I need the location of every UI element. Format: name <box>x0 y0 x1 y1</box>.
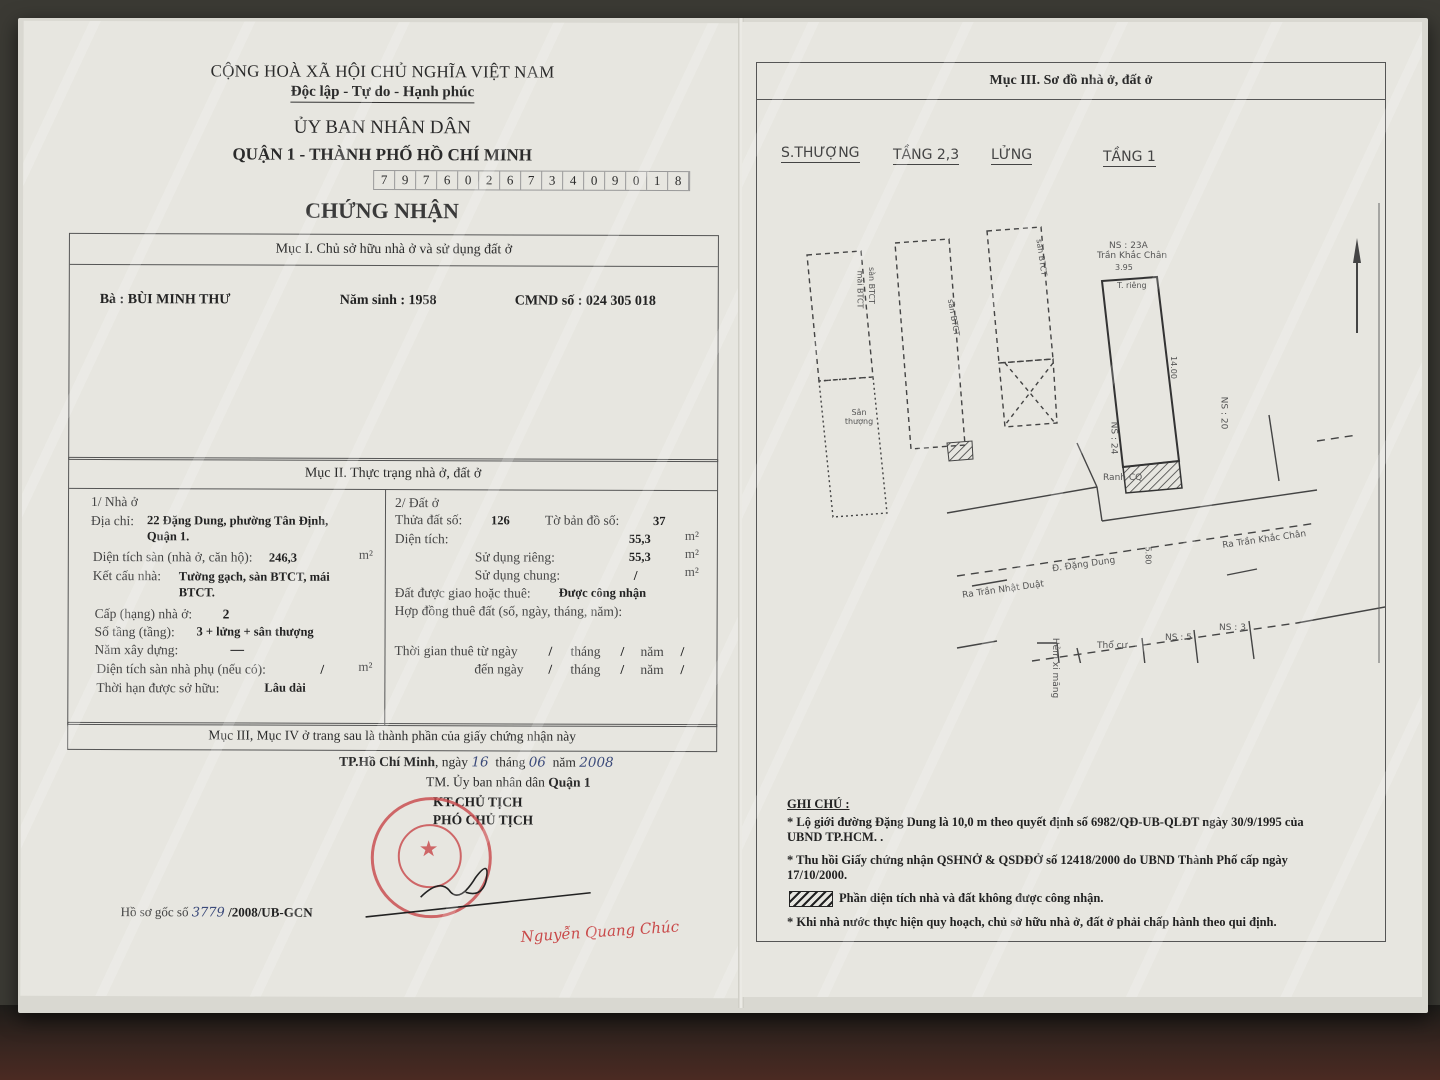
on-behalf-district: Quận 1 <box>548 775 590 790</box>
lease-to-label: đến ngày <box>474 661 523 677</box>
site-plan <box>757 203 1385 663</box>
month-label: tháng <box>570 644 600 660</box>
unit-m2: m² <box>685 546 699 562</box>
label-rooftop-terrace: Sân thượng <box>839 408 879 426</box>
lease-to-year: / <box>680 662 684 678</box>
record-suffix: /2008/UB-GCN <box>228 904 313 919</box>
motto: Độc lập - Tự do - Hạnh phúc <box>23 83 741 103</box>
section-3-box: Mục III. Sơ đồ nhà ở, đất ở S.THƯỢNG TẦN… <box>756 62 1386 942</box>
serial-digit: 6 <box>500 171 521 189</box>
floor-label-ground: TẦNG 1 <box>1103 149 1156 167</box>
certificate-title: CHỨNG NHẬN <box>23 197 741 226</box>
on-behalf: TM. Ủy ban nhân dân Quận 1 <box>426 774 591 791</box>
serial-digit: 1 <box>647 172 668 190</box>
year-label: năm <box>640 644 663 660</box>
record-number: Hồ sơ gốc số 3779 /2008/UB-GCN <box>121 904 313 921</box>
aux-area-value: / <box>320 662 324 678</box>
year-label: năm <box>553 755 576 770</box>
aux-area-label: Diện tích sàn nhà phụ (nếu có): <box>96 661 266 678</box>
note-1: * Lộ giới đường Đặng Dung là 10,0 m theo… <box>787 815 1327 845</box>
owner-name: Bà : BÙI MINH THƯ <box>100 292 231 308</box>
serial-digit: 9 <box>605 172 626 190</box>
map-sheet-label: Tờ bản đồ số: <box>545 513 619 529</box>
land-area-label: Diện tích: <box>395 531 449 547</box>
build-year-label: Năm xây dựng: <box>94 642 178 658</box>
serial-digit: 7 <box>374 171 395 189</box>
signing-day: 16 <box>471 754 488 770</box>
day-label: , ngày <box>435 754 468 769</box>
motto-text: Độc lập - Tự do - Hạnh phúc <box>291 84 474 104</box>
land-heading: 2/ Đất ở <box>395 495 439 511</box>
signing-month: 06 <box>529 755 546 771</box>
label-neighbor-back-street: Trần Khắc Chân <box>1097 251 1167 261</box>
parcel-label: Thửa đất số: <box>395 512 462 528</box>
certificate-left-page: CỘNG HOÀ XÃ HỘI CHỦ NGHĨA VIỆT NAM Độc l… <box>20 21 741 999</box>
lease-contract-label: Hợp đồng thuê đất (số, ngày, tháng, năm)… <box>395 603 623 620</box>
structure-label: Kết cấu nhà: <box>93 568 161 584</box>
dim-length: 14.00 <box>1169 356 1178 379</box>
land-area-value: 55,3 <box>629 532 651 547</box>
serial-digit: 9 <box>395 171 416 189</box>
section-1-box: Mục I. Chủ sở hữu nhà ở và sử dụng đất ở… <box>68 233 719 462</box>
lease-from-month: / <box>620 644 624 660</box>
signing-place: TP.Hồ Chí Minh <box>339 754 435 769</box>
allocation-value: Được công nhận <box>559 586 646 601</box>
label-drain: Ranh CQ <box>1103 473 1142 483</box>
signing-date: TP.Hồ Chí Minh, ngày 16 tháng 06 năm 200… <box>339 754 614 771</box>
signing-year: 2008 <box>579 755 613 771</box>
unit-m2: m² <box>359 547 373 563</box>
country-header: CỘNG HOÀ XÃ HỘI CHỦ NGHĨA VIỆT NAM <box>23 61 741 84</box>
floors-value: 3 + lửng + sân thượng <box>197 624 314 639</box>
label-rooftop-slab: sàn BTCT <box>867 267 876 304</box>
ownership-term-value: Lâu dài <box>264 681 305 696</box>
notes-title: GHI CHÚ : <box>787 797 1327 812</box>
id-number: CMND số : 024 305 018 <box>515 293 656 309</box>
floor-area-value: 246,3 <box>269 551 297 566</box>
label-ns3: NS : 3 <box>1219 623 1246 633</box>
section-1-title: Mục I. Chủ sở hữu nhà ở và sử dụng đất ở <box>70 241 718 259</box>
private-use-value: 55,3 <box>629 550 651 565</box>
note-4: * Khi nhà nước thực hiện quy hoạch, chủ … <box>787 915 1327 930</box>
legend-hatch <box>789 891 833 907</box>
lease-from-year: / <box>680 644 684 660</box>
serial-digit: 0 <box>626 172 647 190</box>
note-2: * Thu hồi Giấy chứng nhận QSHNỞ & QSDĐỞ … <box>787 853 1327 883</box>
floor-area-label: Diện tích sàn (nhà ở, căn hộ): <box>93 549 253 566</box>
record-label: Hồ sơ gốc số <box>121 904 189 919</box>
serial-digit: 0 <box>458 171 479 189</box>
serial-digit: 8 <box>668 172 689 190</box>
label-wall-private: T. riêng <box>1117 281 1147 290</box>
lease-from-label: Thời gian thuê từ ngày <box>394 643 517 659</box>
shared-use-value: / <box>634 568 638 584</box>
serial-digit: 7 <box>416 171 437 189</box>
serial-digit: 3 <box>542 172 563 190</box>
label-lot-opposite: Thổ cư <box>1097 641 1127 651</box>
footer-note: Mục III, Mục IV ở trang sau là thành phầ… <box>68 727 716 745</box>
private-use-label: Sử dụng riêng: <box>475 549 555 565</box>
floors-label: Số tầng (tầng): <box>95 624 175 640</box>
floor-label-2-3: TẦNG 2,3 <box>893 147 959 165</box>
table-surface <box>0 1005 1440 1080</box>
month-label: tháng <box>570 662 600 678</box>
parcel-value: 126 <box>491 513 510 528</box>
serial-digit: 2 <box>479 171 500 189</box>
section-2-title: Mục II. Thực trạng nhà ở, đất ở <box>69 465 717 483</box>
grade-value: 2 <box>223 606 230 622</box>
section-2-box: Mục II. Thực trạng nhà ở, đất ở 1/ Nhà ở… <box>67 457 718 727</box>
signature <box>361 852 601 923</box>
label-neighbor-left: NS : 24 <box>1108 422 1118 455</box>
serial-digit: 4 <box>563 172 584 190</box>
birth-year: Năm sinh : 1958 <box>340 293 437 309</box>
structure-line2: BTCT. <box>179 585 215 600</box>
unit-m2: m² <box>685 528 699 544</box>
address-line2: Quận 1. <box>147 529 189 544</box>
certificate-right-page: Mục III. Sơ đồ nhà ở, đất ở S.THƯỢNG TẦN… <box>742 22 1422 997</box>
dim-width: 3.95 <box>1115 263 1133 272</box>
label-neighbor-right: NS : 20 <box>1218 397 1228 430</box>
unit-m2: m² <box>685 564 699 580</box>
record-value: 3779 <box>192 905 225 920</box>
lease-to-day: / <box>548 662 552 678</box>
label-rooftop-roof: mái BTCT <box>855 271 864 309</box>
label-ns5: NS : 5 <box>1165 633 1192 643</box>
serial-digit: 7 <box>521 171 542 189</box>
grade-label: Cấp (hạng) nhà ở: <box>95 606 193 622</box>
footer-note-box: Mục III, Mục IV ở trang sau là thành phầ… <box>67 722 717 752</box>
serial-digit: 6 <box>437 171 458 189</box>
section-3-title: Mục III. Sơ đồ nhà ở, đất ở <box>757 73 1385 89</box>
note-3: Phần diện tích nhà và đất không được côn… <box>839 891 1319 906</box>
label-neighbor-back: NS : 23A <box>1109 241 1148 251</box>
lease-to-month: / <box>620 662 624 678</box>
serial-number: 797602673409018 <box>373 170 690 191</box>
structure-value: Tường gạch, sàn BTCT, mái <box>179 569 330 585</box>
build-year-value: — <box>230 641 244 657</box>
floor-label-mezzanine: LỬNG <box>991 147 1032 165</box>
on-behalf-text: TM. Ủy ban nhân dân <box>426 774 545 789</box>
unit-m2: m² <box>358 659 372 675</box>
label-alley: Hẻm xi măng <box>1050 638 1060 698</box>
map-sheet-value: 37 <box>653 514 666 529</box>
address-value: 22 Đặng Dung, phường Tân Định, <box>147 513 328 529</box>
floor-label-rooftop: S.THƯỢNG <box>781 145 860 163</box>
label-street-width: 5.80 <box>1143 547 1152 565</box>
shared-use-label: Sử dụng chung: <box>475 567 560 583</box>
authority: ỦY BAN NHÂN DÂN <box>23 116 741 141</box>
district: QUẬN 1 - THÀNH PHỐ HỒ CHÍ MINH <box>23 144 741 167</box>
address-label: Địa chỉ: <box>91 513 134 529</box>
allocation-label: Đất được giao hoặc thuê: <box>395 585 531 601</box>
year-label: năm <box>640 662 663 678</box>
house-heading: 1/ Nhà ở <box>91 494 138 510</box>
serial-digit: 0 <box>584 172 605 190</box>
lease-from-day: / <box>548 644 552 660</box>
ownership-term-label: Thời hạn được sở hữu: <box>96 680 219 696</box>
month-label: tháng <box>495 754 525 769</box>
